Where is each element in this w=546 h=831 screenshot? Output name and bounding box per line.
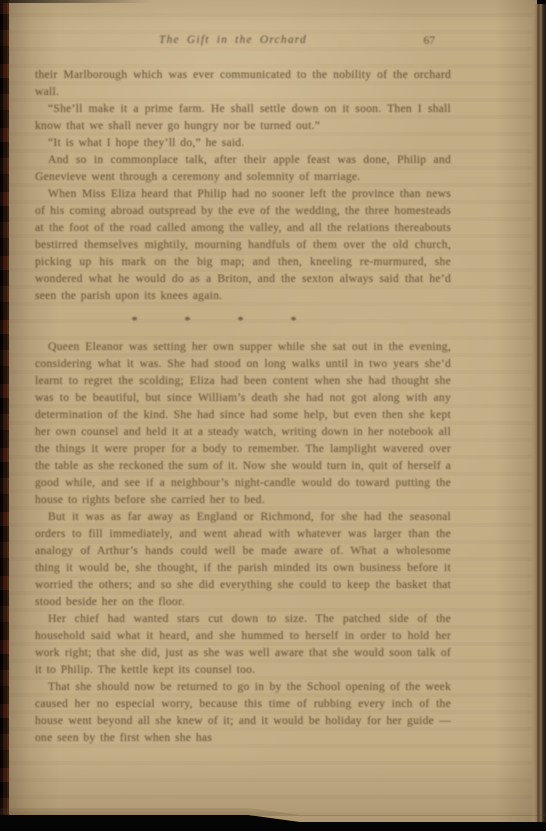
- paragraph: Queen Eleanor was setting her own supper…: [35, 338, 451, 508]
- paragraph: That she should now be returned to go in…: [35, 678, 451, 746]
- paragraph: And so in commonplace talk, after their …: [35, 151, 451, 185]
- top-edge-shadow: [0, 0, 150, 3]
- paragraph: Her chief had wanted stars cut down to s…: [35, 610, 451, 678]
- body-text: their Marlborough which was ever communi…: [35, 66, 451, 746]
- book-spine-edge: [0, 0, 9, 831]
- paragraph: “It is what I hope they’ll do,” he said.: [35, 134, 451, 151]
- page-number: 67: [424, 35, 436, 47]
- paragraph: “She’ll make it a prime farm. He shall s…: [35, 100, 451, 134]
- paragraph: their Marlborough which was ever communi…: [35, 66, 451, 100]
- page-content: The Gift in the Orchard 67 their Marlbor…: [35, 34, 451, 746]
- paragraph: When Miss Eliza heard that Philip had no…: [35, 185, 451, 304]
- page-edges-right: [531, 4, 546, 824]
- paragraph: But it was as far away as England or Ric…: [35, 508, 451, 610]
- book-scan: The Gift in the Orchard 67 their Marlbor…: [0, 0, 546, 831]
- section-break-asterisks: * * * *: [7, 313, 423, 327]
- running-head: The Gift in the Orchard 67: [35, 34, 451, 52]
- book-page: The Gift in the Orchard 67 their Marlbor…: [9, 0, 537, 824]
- running-title: The Gift in the Orchard: [25, 34, 441, 46]
- spine-texture: [0, 0, 9, 831]
